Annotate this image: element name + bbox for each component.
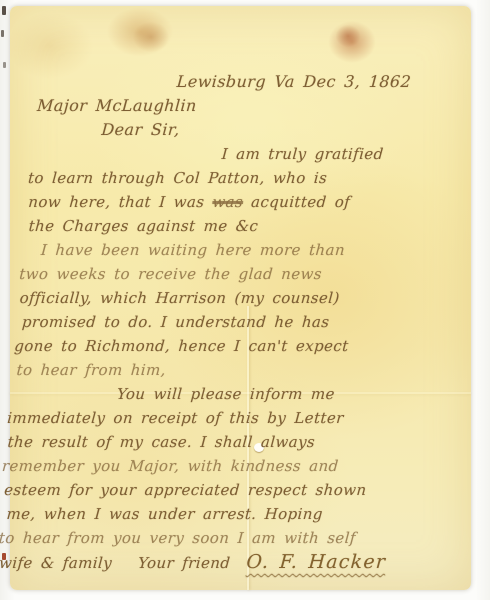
- letter-line: to hear from you very soon I am with sel…: [0, 526, 457, 550]
- scan-edge-speck: [1, 30, 4, 37]
- letter-line: the result of my case. I shall always: [7, 430, 464, 454]
- letter-dateline: Lewisburg Va Dec 3, 1862: [176, 70, 489, 94]
- signature: O. F. Hacker: [246, 551, 387, 573]
- letter-line: I am truly gratified: [221, 142, 484, 166]
- letter-line: to hear from him,: [16, 358, 469, 382]
- line-text: acquitted of: [250, 193, 350, 211]
- letter-line: officially, which Harrison (my counsel): [19, 286, 474, 310]
- letter-salutation: Dear Sir,: [101, 118, 486, 142]
- line-text: now here, that I was: [28, 193, 205, 211]
- closing-text: wife & family: [0, 554, 113, 572]
- letter-line: remember you Major, with kindness and: [1, 454, 462, 478]
- scan-edge-speck: [3, 62, 6, 68]
- letter-line: promised to do. I understand he has: [21, 310, 472, 334]
- closing-phrase: Your friend: [137, 554, 231, 572]
- letter-body: Lewisburg Va Dec 3, 1862 Major McLaughli…: [0, 70, 489, 574]
- scan-edge-speck: [2, 6, 6, 15]
- letter-line: esteem for your appreciated respect show…: [3, 478, 460, 502]
- letter-line: two weeks to receive the glad news: [19, 262, 476, 286]
- letter-paper: Lewisburg Va Dec 3, 1862 Major McLaughli…: [10, 6, 471, 590]
- letter-line: You will please inform me: [116, 382, 467, 406]
- struck-word: was: [212, 193, 244, 211]
- letter-line: gone to Richmond, hence I can't expect: [13, 334, 470, 358]
- letter-line: now here, that I waswasacquitted of: [28, 190, 481, 214]
- letter-line: the Charges against me &c: [28, 214, 479, 238]
- letter-line: me, when I was under arrest. Hoping: [6, 502, 459, 526]
- letter-line: I have been waiting here more than: [40, 238, 477, 262]
- letter-recipient: Major McLaughlin: [36, 94, 487, 118]
- letter-line: to learn through Col Patton, who is: [27, 166, 482, 190]
- letter-line: immediately on receipt of this by Letter: [6, 406, 465, 430]
- letter-closing-line: wife & familyYour friendO. F. Hacker: [0, 550, 455, 574]
